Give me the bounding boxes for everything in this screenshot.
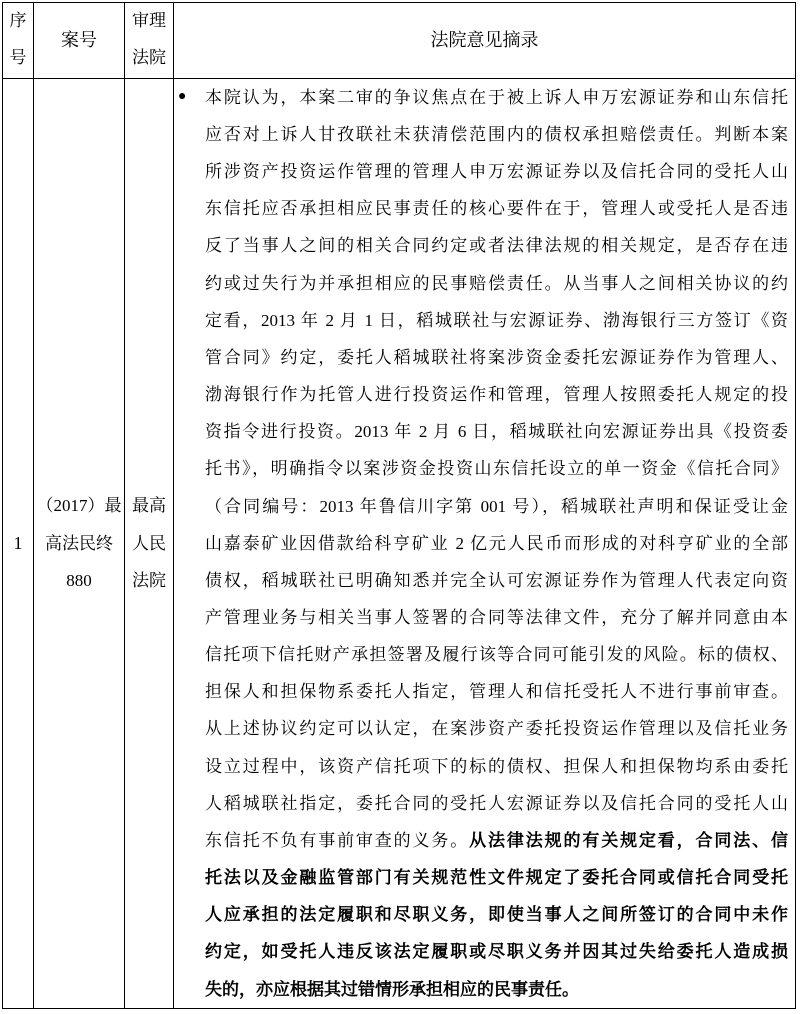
opinion-line: 产管理业务与相关当事人签署的合同等法律文件，充分了解并同意由本	[205, 599, 788, 636]
case-number-cell: （2017）最高法民终880	[34, 78, 125, 1008]
opinion-segment: 山嘉泰矿业因借款给科亨矿业 2 亿元人民币而形成的对科亨矿业的全部	[205, 534, 788, 553]
cell-line: 880	[66, 562, 92, 599]
opinion-segment: 渤海银行作为托管人进行投资运作和管理，管理人按照委托人规定的投	[205, 385, 788, 404]
opinion-text-block: 本院认为，本案二审的争议焦点在于被上诉人申万宏源证券和山东信托应否对上诉人甘孜联…	[174, 79, 795, 1008]
opinion-line: 设立过程中，该资产信托项下的标的债权、担保人和担保物均系由委托	[205, 748, 788, 785]
opinion-line: 应否对上诉人甘孜联社未获清偿范围内的债权承担赔偿责任。判断本案	[205, 116, 788, 153]
table-row: 1 （2017）最高法民终880 最高人民法院 ● 本院认为，本案二审的争议焦点…	[3, 78, 796, 1008]
opinion-segment: 东信托不负有事前审查的义务。	[205, 831, 469, 850]
opinion-segment: 从上述协议约定可以认定，在案涉资产委托投资运作管理以及信托业务	[205, 719, 788, 738]
opinion-line: 管合同》约定，委托人稻城联社将案涉资金委托宏源证券作为管理人、	[205, 339, 788, 376]
header-index-lines: 序号	[3, 3, 33, 78]
opinion-line: 山嘉泰矿业因借款给科亨矿业 2 亿元人民币而形成的对科亨矿业的全部	[205, 525, 788, 562]
opinion-line: 托法以及金融监管部门有关规范性文件规定了委托合同或信托合同受托	[205, 859, 788, 896]
case-index-cell: 1	[3, 78, 34, 1008]
opinion-line: 债权，稻城联社已明确知悉并完全认可宏源证券作为管理人代表定向资	[205, 562, 788, 599]
opinion-segment: 产管理业务与相关当事人签署的合同等法律文件，充分了解并同意由本	[205, 608, 788, 627]
opinion-segment: 设立过程中，该资产信托项下的标的债权、担保人和担保物均系由委托	[205, 757, 788, 776]
opinion-segment-bold: 约定，如受托人违反该法定履职或尽职义务并因其过失给委托人造成损	[205, 942, 788, 961]
opinion-line: 人应承担的法定履职和尽职义务，即使当事人之间所签订的合同中未作	[205, 896, 788, 933]
opinion-segment: （合同编号：2013 年鲁信川字第 001 号），稻城联社声明和保证受让金	[205, 497, 788, 516]
opinion-line: 托书》，明确指令以案涉资金投资山东信托设立的单一资金《信托合同》	[205, 450, 788, 487]
opinion-segment-bold: 失的，亦应根据其过错情形承担相应的民事责任。	[205, 980, 579, 999]
header-col-case-number: 案号	[34, 3, 125, 79]
cell-line: 人民	[132, 525, 166, 562]
opinion-segment: 所涉资产投资运作管理的管理人申万宏源证券以及信托合同的受托人山	[205, 162, 788, 181]
opinion-segment: 定看，2013 年 2 月 1 日，稻城联社与宏源证券、渤海银行三方签订《资	[205, 311, 788, 330]
cell-line: 号	[3, 40, 33, 77]
opinion-segment: 本院认为，本案二审的争议焦点在于被上诉人申万宏源证券和山东信托	[205, 88, 788, 107]
cell-line: 序	[3, 3, 33, 40]
court-lines: 最高人民法院	[125, 487, 173, 599]
opinion-line: 约或过失行为并承担相应的民事赔偿责任。从当事人之间相关协议的约	[205, 265, 788, 302]
cell-line: 法院	[132, 562, 166, 599]
cell-line: 最高	[132, 487, 166, 524]
cases-table: 序号 案号 审理法院 法院意见摘录 1 （2017）最高法民终880 最高人民法…	[2, 2, 796, 1009]
opinion-line: 定看，2013 年 2 月 1 日，稻城联社与宏源证券、渤海银行三方签订《资	[205, 302, 788, 339]
opinion-line: 东信托应否承担相应民事责任的核心要件在于，管理人或受托人是否违	[205, 190, 788, 227]
table-header-row: 序号 案号 审理法院 法院意见摘录	[3, 3, 796, 79]
opinion-segment: 东信托应否承担相应民事责任的核心要件在于，管理人或受托人是否违	[205, 199, 788, 218]
opinion-segment: 信托项下信托财产承担签署及履行该等合同可能引发的风险。标的债权、	[205, 645, 788, 664]
opinion-line: 信托项下信托财产承担签署及履行该等合同可能引发的风险。标的债权、	[205, 636, 788, 673]
opinion-segment: 反了当事人之间的相关合同约定或者法律法规的相关规定，是否存在违	[205, 236, 788, 255]
opinion-line: 担保人和担保物系委托人指定，管理人和信托受托人不进行事前审查。	[205, 673, 788, 710]
opinion-line: 东信托不负有事前审查的义务。从法律法规的有关规定看，合同法、信	[205, 822, 788, 859]
document-page: 序号 案号 审理法院 法院意见摘录 1 （2017）最高法民终880 最高人民法…	[0, 0, 800, 1014]
opinion-line: （合同编号：2013 年鲁信川字第 001 号），稻城联社声明和保证受让金	[205, 488, 788, 525]
opinion-segment: 债权，稻城联社已明确知悉并完全认可宏源证券作为管理人代表定向资	[205, 571, 788, 590]
opinion-segment-bold: 从法律法规的有关规定看，合同法、信	[469, 831, 788, 850]
opinion-segment: 资指令进行投资。2013 年 2 月 6 日，稻城联社向宏源证券出具《投资委	[205, 422, 788, 441]
opinion-segment: 人稻城联社指定，委托合同的受托人宏源证券以及信托合同的受托人山	[205, 794, 788, 813]
header-court-lines: 审理法院	[125, 3, 173, 78]
opinion-line: 渤海银行作为托管人进行投资运作和管理，管理人按照委托人规定的投	[205, 376, 788, 413]
opinion-line: 约定，如受托人违反该法定履职或尽职义务并因其过失给委托人造成损	[205, 933, 788, 970]
case-number-lines: （2017）最高法民终880	[34, 487, 124, 599]
header-col-opinion: 法院意见摘录	[174, 3, 796, 79]
opinion-segment: 管合同》约定，委托人稻城联社将案涉资金委托宏源证券作为管理人、	[205, 348, 788, 367]
header-opinion-label: 法院意见摘录	[431, 30, 539, 50]
opinion-line: 所涉资产投资运作管理的管理人申万宏源证券以及信托合同的受托人山	[205, 153, 788, 190]
opinion-line: 失的，亦应根据其过错情形承担相应的民事责任。	[205, 971, 788, 1008]
header-col-court: 审理法院	[125, 3, 174, 79]
cell-line: 审理	[125, 3, 173, 40]
opinion-segment: 应否对上诉人甘孜联社未获清偿范围内的债权承担赔偿责任。判断本案	[205, 125, 788, 144]
opinion-cell: ● 本院认为，本案二审的争议焦点在于被上诉人申万宏源证券和山东信托应否对上诉人甘…	[174, 78, 796, 1008]
opinion-segment: 担保人和担保物系委托人指定，管理人和信托受托人不进行事前审查。	[205, 682, 788, 701]
court-cell: 最高人民法院	[125, 78, 174, 1008]
opinion-line: 从上述协议约定可以认定，在案涉资产委托投资运作管理以及信托业务	[205, 710, 788, 747]
cell-line: （2017）最	[37, 487, 122, 524]
header-col-index: 序号	[3, 3, 34, 79]
bullet-icon: ●	[178, 88, 186, 106]
opinion-line: 资指令进行投资。2013 年 2 月 6 日，稻城联社向宏源证券出具《投资委	[205, 413, 788, 450]
header-case-label: 案号	[61, 30, 97, 50]
opinion-segment: 托书》，明确指令以案涉资金投资山东信托设立的单一资金《信托合同》	[205, 459, 788, 478]
opinion-line: 反了当事人之间的相关合同约定或者法律法规的相关规定，是否存在违	[205, 227, 788, 264]
cell-line: 法院	[125, 40, 173, 77]
opinion-segment-bold: 托法以及金融监管部门有关规范性文件规定了委托合同或信托合同受托	[205, 868, 788, 887]
opinion-line: 本院认为，本案二审的争议焦点在于被上诉人申万宏源证券和山东信托	[205, 79, 788, 116]
opinion-segment-bold: 人应承担的法定履职和尽职义务，即使当事人之间所签订的合同中未作	[205, 905, 788, 924]
opinion-segment: 约或过失行为并承担相应的民事赔偿责任。从当事人之间相关协议的约	[205, 274, 788, 293]
cell-line: 高法民终	[45, 525, 113, 562]
opinion-line: 人稻城联社指定，委托合同的受托人宏源证券以及信托合同的受托人山	[205, 785, 788, 822]
case-index-value: 1	[14, 533, 23, 553]
